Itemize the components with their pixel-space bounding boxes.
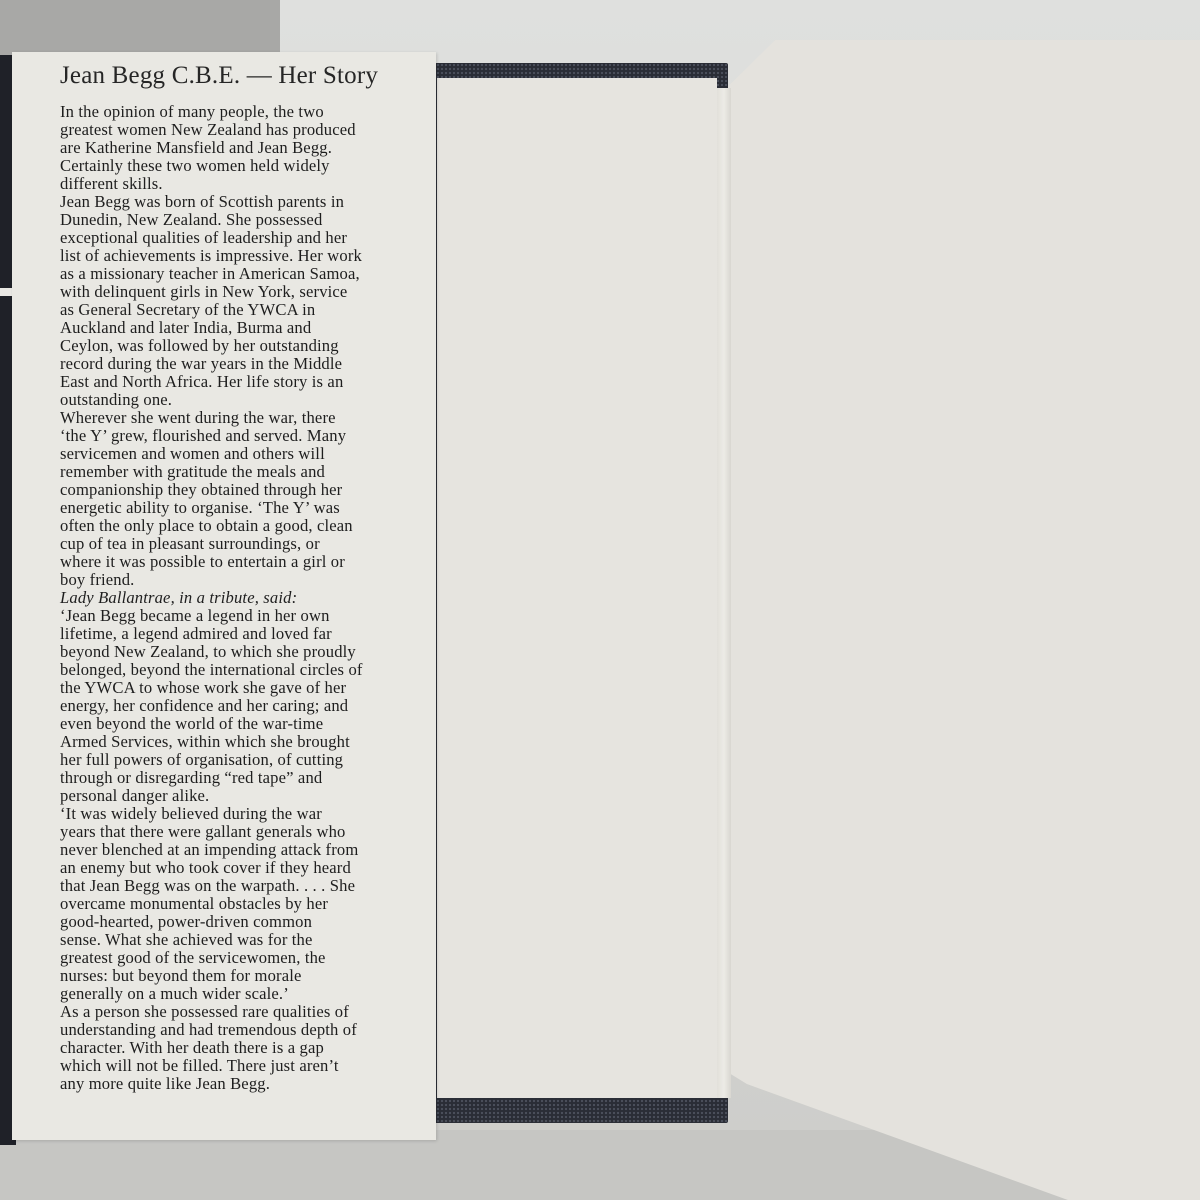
endpaper-hinge xyxy=(717,88,731,1098)
flap-paragraph-3: Wherever she went during the war, there … xyxy=(60,409,410,589)
flap-closing-paragraph: As a person she possessed rare qualities… xyxy=(60,1003,410,1093)
flap-quote-1: ‘Jean Begg became a legend in her own li… xyxy=(60,607,410,805)
dust-jacket-flap: Jean Begg C.B.E. — Her Story In the opin… xyxy=(12,52,436,1140)
flap-paragraph-2: Jean Begg was born of Scottish parents i… xyxy=(60,193,410,409)
flap-title: Jean Begg C.B.E. — Her Story xyxy=(60,62,378,90)
flap-paragraph-1: In the opinion of many people, the two g… xyxy=(60,103,410,193)
flap-quote-2: ‘It was widely believed during the war y… xyxy=(60,805,410,1003)
flap-tribute-intro: Lady Ballantrae, in a tribute, said: xyxy=(60,589,410,607)
flap-body: In the opinion of many people, the two g… xyxy=(60,103,410,1093)
blank-first-page xyxy=(728,40,1200,1200)
front-endpaper xyxy=(437,78,717,1098)
gray-backdrop xyxy=(0,0,280,60)
